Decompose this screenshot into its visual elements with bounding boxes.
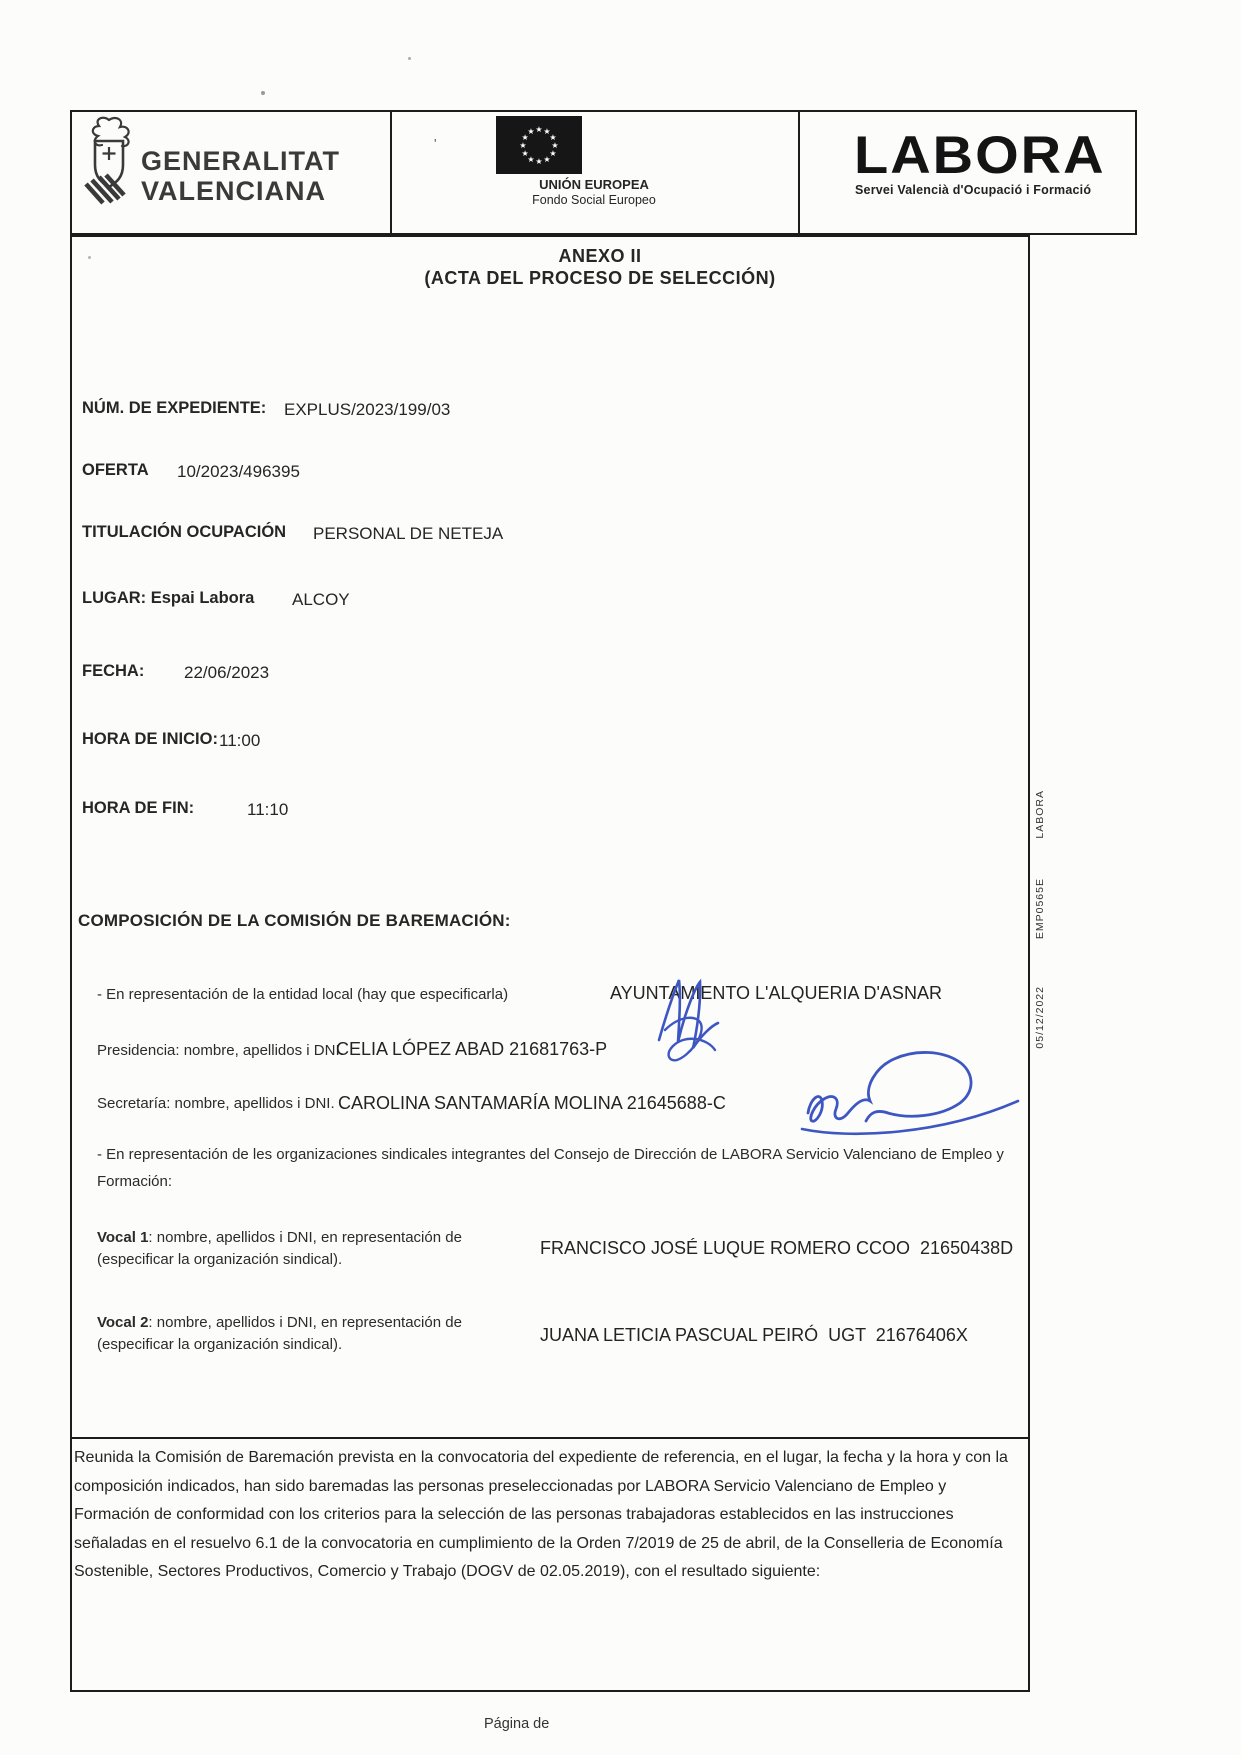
margin-form-code: EMP0565E <box>1034 878 1046 939</box>
titulacion-value: PERSONAL DE NETEJA <box>313 524 503 544</box>
secretaria-signature <box>790 1043 1030 1143</box>
margin-form-date: 05/12/2022 <box>1034 986 1046 1049</box>
scan-speck <box>408 57 411 60</box>
expediente-label: NÚM. DE EXPEDIENTE: <box>82 399 266 418</box>
oferta-label: OFERTA <box>82 461 149 480</box>
hora-inicio-value: 11:00 <box>219 731 260 751</box>
hora-fin-value: 11:10 <box>247 800 288 820</box>
titulacion-label: TITULACIÓN OCUPACIÓN <box>82 523 286 542</box>
secretaria-value: CAROLINA SANTAMARÍA MOLINA 21645688-C <box>338 1093 726 1114</box>
hora-fin-label: HORA DE FIN: <box>82 799 194 818</box>
comision-heading: COMPOSICIÓN DE LA COMISIÓN DE BAREMACIÓN… <box>78 911 511 931</box>
vocal1-label-rest: : nombre, apellidos i DNI, en representa… <box>97 1229 462 1268</box>
svg-text:★: ★ <box>535 157 542 166</box>
sindicales-intro: - En representación de les organizacione… <box>97 1141 1015 1195</box>
gva-logo-text-line2: VALENCIANA <box>141 176 326 207</box>
result-paragraph: Reunida la Comisión de Baremación previs… <box>74 1444 1026 1587</box>
vocal2-value: JUANA LETICIA PASCUAL PEIRÓ UGT 21676406… <box>540 1325 968 1346</box>
fecha-label: FECHA: <box>82 662 144 681</box>
generalitat-valenciana-emblem-icon <box>80 114 138 210</box>
svg-text:★: ★ <box>535 125 542 134</box>
form-title-line1: ANEXO II <box>170 246 1030 267</box>
form-title-line2: (ACTA DEL PROCESO DE SELECCIÓN) <box>170 268 1030 289</box>
scanned-form-page: GENERALITAT VALENCIANA ★★★ ★★★ ★★★ ★★★ U… <box>0 0 1241 1755</box>
svg-text:★: ★ <box>519 141 526 150</box>
section-divider-line <box>70 1437 1030 1439</box>
header-divider <box>798 112 800 233</box>
presidencia-signature <box>645 972 740 1077</box>
svg-text:★: ★ <box>543 155 550 164</box>
lugar-label: LUGAR: Espai Labora <box>82 589 254 608</box>
scan-mark: ' <box>434 136 436 151</box>
presidencia-value: CELIA LÓPEZ ABAD 21681763-P <box>336 1039 607 1060</box>
vocal2-label: Vocal 2: nombre, apellidos i DNI, en rep… <box>97 1312 485 1356</box>
labora-logo-tagline: Servei Valencià d'Ocupació i Formació <box>855 183 1091 197</box>
scan-speck <box>88 256 91 259</box>
eu-flag-icon: ★★★ ★★★ ★★★ ★★★ <box>496 116 582 174</box>
fecha-value: 22/06/2023 <box>184 663 269 683</box>
page-number-label: Página de <box>484 1716 549 1732</box>
labora-logo: LABORA <box>854 124 1106 186</box>
hora-inicio-label: HORA DE INICIO: <box>82 730 218 749</box>
margin-brand-text: LABORA <box>1034 790 1046 839</box>
vocal2-label-bold: Vocal 2 <box>97 1314 148 1331</box>
presidencia-label: Presidencia: nombre, apellidos i DNI. <box>97 1042 344 1059</box>
lugar-value: ALCOY <box>292 590 350 610</box>
secretaria-label: Secretaría: nombre, apellidos i DNI. <box>97 1095 335 1112</box>
vocal1-label-bold: Vocal 1 <box>97 1229 148 1246</box>
scan-speck <box>261 91 265 95</box>
eu-label-line1: UNIÓN EUROPEA <box>390 177 798 192</box>
vocal1-label: Vocal 1: nombre, apellidos i DNI, en rep… <box>97 1227 485 1271</box>
header-divider <box>390 112 392 233</box>
vocal1-value: FRANCISCO JOSÉ LUQUE ROMERO CCOO 2165043… <box>540 1238 1013 1259</box>
svg-text:★: ★ <box>522 149 529 158</box>
expediente-value: EXPLUS/2023/199/03 <box>284 400 450 420</box>
oferta-value: 10/2023/496395 <box>177 462 300 482</box>
eu-label-line2: Fondo Social Europeo <box>390 193 798 207</box>
vocal2-label-rest: : nombre, apellidos i DNI, en representa… <box>97 1314 462 1353</box>
svg-text:★: ★ <box>527 127 534 136</box>
entidad-local-label: - En representación de la entidad local … <box>97 986 508 1003</box>
gva-logo-text-line1: GENERALITAT <box>141 146 340 177</box>
